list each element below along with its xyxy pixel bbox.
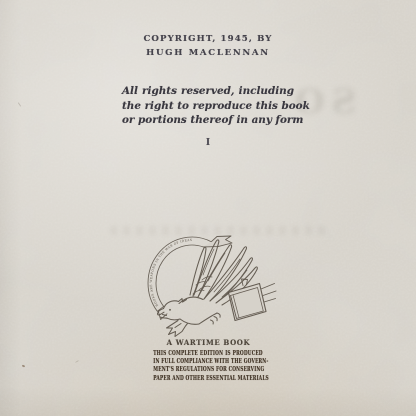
copyright-line: COPYRIGHT, 1945, BY [0, 34, 416, 44]
notice-line-3: MENT'S REGULATIONS FOR CONSERVING [153, 366, 262, 374]
wartime-book-caption: A WARTIME BOOK [0, 338, 416, 347]
wartime-conservation-notice: THIS COMPLETE EDITION IS PRODUCED IN FUL… [0, 350, 416, 383]
rights-reserved-paragraph: All rights reserved, including the right… [122, 84, 294, 128]
rights-line-3: or portions thereof in any form [122, 113, 294, 128]
author-name-line: HUGH MACLENNAN [0, 48, 416, 58]
rights-line-1: All rights reserved, including [122, 84, 294, 99]
show-through-text-band [110, 226, 328, 235]
notice-line-2: IN FULL COMPLIANCE WITH THE GOVERN- [153, 358, 262, 366]
page-numeral: I [0, 138, 416, 148]
banner-slogan-text: BOOKS ARE WEAPONS IN THE WAR OF IDEAS [149, 238, 192, 307]
paper-fiber [18, 102, 22, 107]
rights-line-2: the right to reproduce this book [122, 99, 294, 114]
copyright-block: COPYRIGHT, 1945, BY HUGH MACLENNAN [0, 34, 416, 58]
book-copyright-page-photo: SO COPYRIGHT, 1945, BY HUGH MACLENNAN Al… [0, 0, 416, 416]
wartime-eagle-book-emblem: BOOKS ARE WEAPONS IN THE WAR OF IDEAS [146, 235, 280, 337]
notice-line-4: PAPER AND OTHER ESSENTIAL MATERIALS [153, 375, 262, 383]
book-icon [229, 279, 277, 321]
svg-text:BOOKS ARE WEAPONS IN THE WAR O: BOOKS ARE WEAPONS IN THE WAR OF IDEAS [149, 238, 192, 307]
banner-ribbon [148, 237, 211, 319]
notice-line-1: THIS COMPLETE EDITION IS PRODUCED [153, 350, 262, 358]
wartime-book-caption-text: A WARTIME BOOK [166, 338, 250, 347]
